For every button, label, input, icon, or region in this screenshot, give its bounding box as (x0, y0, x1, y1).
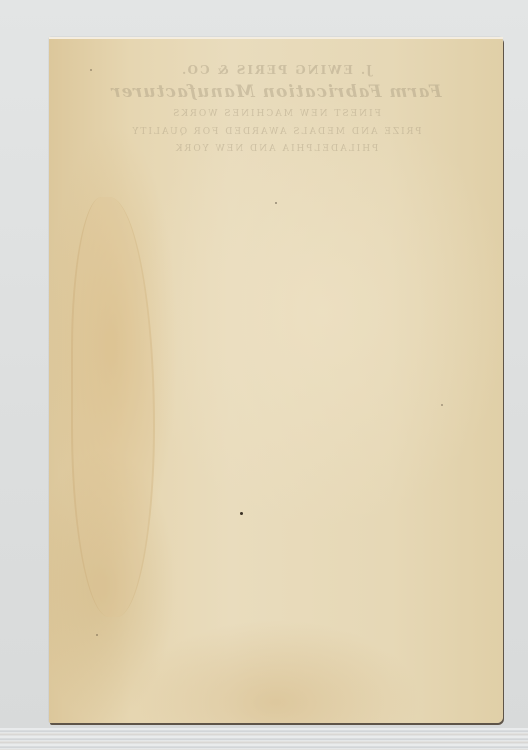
card-top-edge (49, 37, 503, 39)
showthrough-line-5: PHILADELPHIA AND NEW YORK (49, 145, 503, 154)
water-stain (71, 197, 155, 617)
scanner-bed-edge (0, 728, 528, 750)
mirrored-showthrough-text: J. EWING PERIS & CO. Farm Fabrication Ma… (49, 64, 503, 154)
ink-speck (96, 634, 98, 636)
ink-speck (90, 69, 92, 71)
ink-speck (240, 512, 243, 515)
trade-card: J. EWING PERIS & CO. Farm Fabrication Ma… (49, 37, 503, 723)
showthrough-line-company: J. EWING PERIS & CO. (49, 64, 503, 76)
ink-speck (441, 404, 443, 406)
ink-speck (275, 202, 277, 204)
showthrough-line-4: PRIZE AND MEDALS AWARDED FOR QUALITY (49, 128, 503, 137)
showthrough-line-title: Farm Fabrication Manufacturer (49, 84, 503, 101)
showthrough-line-3: FINEST NEW MACHINES WORKS (49, 110, 503, 119)
